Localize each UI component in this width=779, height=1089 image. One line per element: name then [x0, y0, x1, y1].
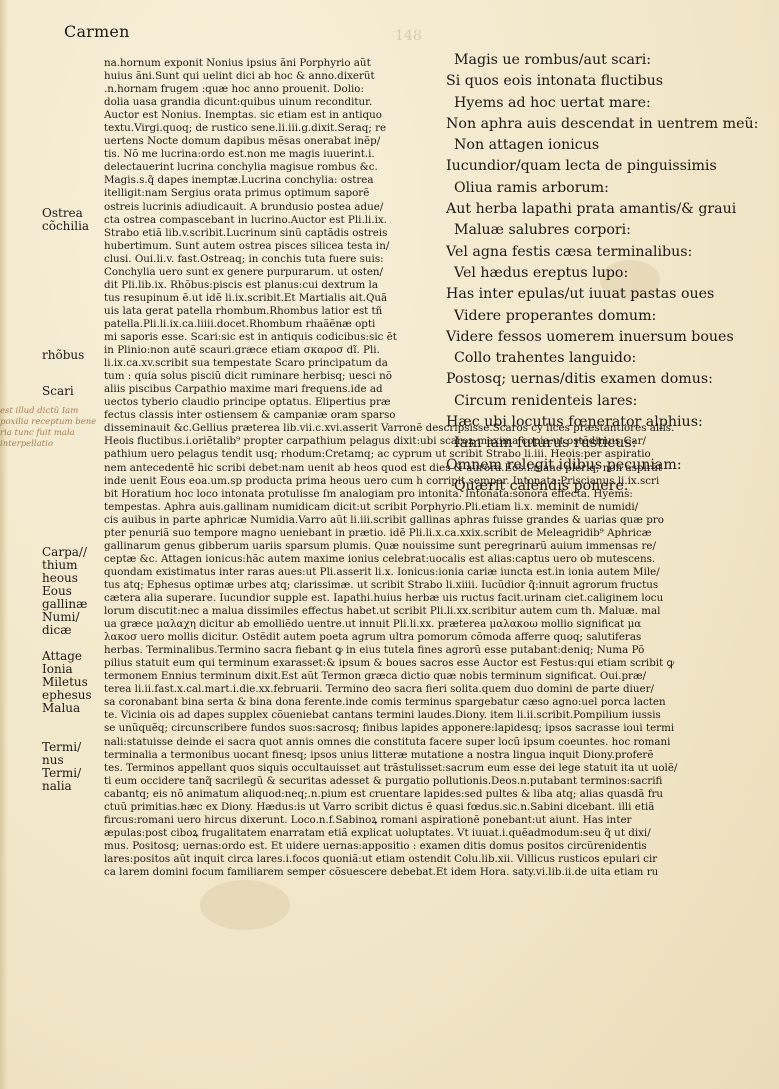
commentary-line: mi saporis esse. Scari:sic est in antiqu… [104, 331, 449, 344]
commentary-line: bit Horatium hoc loco intonata protuliss… [104, 488, 751, 501]
commentary-line: pilius statuit eum qui terminum exarasse… [104, 657, 751, 670]
commentary-line: λακοσ uero mollis dicitur. Ostẽdit autem… [104, 631, 751, 644]
commentary-line: hubertimum. Sunt autem ostrea pisces sil… [104, 240, 449, 253]
commentary-line: ti eum occidere tanq̃ sacrilegũ & securi… [104, 775, 751, 788]
handwritten-line: poxilia receptum bene [0, 417, 100, 428]
commentary-line: lares:positos aũt inquit circa lares.i.f… [104, 853, 751, 866]
commentary-line: ua græce μαλαχη dicitur ab emolliẽdo uen… [104, 618, 751, 631]
commentary-line: textu.Virgi.quoq; de rustico sene.li.iii… [104, 122, 449, 135]
commentary-line: itelligit:nam Sergius orata primus optim… [104, 187, 449, 200]
commentary-line: mus. Positosq; uernas:ordo est. Et uider… [104, 840, 751, 853]
commentary-line: ostreis lucrinis adiudicauit. A brundusi… [104, 201, 449, 214]
commentary-line: terminalia a termonibus uocant finesq; i… [104, 749, 751, 762]
commentary-line: cta ostrea compascebant in lucrino.Aucto… [104, 214, 449, 227]
commentary-line: .n.hornam frugem :quæ hoc anno prouenit.… [104, 83, 449, 96]
commentary-line: Auctor est Nonius. Inemptas. sic etiam e… [104, 109, 449, 122]
commentary-line: pter penuriã suo tempore magno ueniebant… [104, 527, 751, 540]
commentary-line: tum : quia solus pisciũ dicit ruminare h… [104, 370, 449, 383]
commentary-line: fectus classis inter ostiensem & campani… [104, 409, 449, 422]
commentary-line: se unũquẽq; circunscribere fundos suos:s… [104, 722, 751, 735]
handwritten-line: est illud dictũ Iam [0, 406, 100, 417]
commentary-line: aliis piscibus Carpathio maxime mari fre… [104, 383, 449, 396]
handwritten-line: interpellatio [0, 439, 100, 450]
commentary-line: tempestas. Aphra auis.gallinam numidicam… [104, 501, 751, 514]
commentary-line: dit Pli.lib.ix. Rhõbus:piscis est planus… [104, 279, 449, 292]
verse-line: Magis ue rombus/aut scari: [446, 50, 766, 71]
commentary-line: li.ix.ca.xv.scribit sua tempestate Scaro… [104, 357, 449, 370]
paper-stain [200, 880, 290, 930]
commentary-line: te. Vicinia ois ad dapes supplex cõuenie… [104, 709, 751, 722]
commentary-line: dolia uasa grandia dicunt:quibus uinum r… [104, 96, 449, 109]
commentary-line: terea li.ii.fast.x.cal.mart.i.die.xx.feb… [104, 683, 751, 696]
commentary-line: disseminauit &c.Gellius præterea lib.vii… [104, 422, 751, 435]
commentary-line: huius ãni.Sunt qui uelint dici ab hoc & … [104, 70, 449, 83]
commentary-line: lorum discutit:nec a malua dissimiles ef… [104, 605, 751, 618]
running-head: Carmen [64, 22, 130, 41]
commentary-line: cætera alia superare. Iucundior supple e… [104, 592, 751, 605]
commentary-line: nali:statuisse deinde ei sacra quot anni… [104, 736, 751, 749]
verse-line: Postosq; uernas/ditis examen domus: [446, 369, 766, 390]
commentary-line: termonem Ennius terminum dixit.Est aũt T… [104, 670, 751, 683]
commentary-line: Strabo etiã lib.v.scribit.Lucrinum sinũ … [104, 227, 449, 240]
commentary-line: tis. Nõ me lucrina:ordo est.non me magis… [104, 148, 449, 161]
commentary-line: fircus:romani uero hircus dixerunt. Loco… [104, 814, 751, 827]
commentary-full-width: disseminauit &c.Gellius præterea lib.vii… [104, 422, 751, 879]
margin-note: dicæ [42, 624, 72, 637]
verse-line: Videre fessos uomerem inuersum boues [446, 327, 766, 348]
verse-line: Non attagen ionicus [446, 135, 766, 156]
verse-line: Oliua ramis arborum: [446, 178, 766, 199]
margin-note: rhõbus [42, 349, 84, 362]
verse-line: Vel hædus ereptus lupo: [446, 263, 766, 284]
verse-line: Aut herba lapathi prata amantis/& graui [446, 199, 766, 220]
folio-show-through: 148 [395, 28, 422, 44]
commentary-column-upper: na.hornum exponit Nonius ipsius ãni Porp… [104, 57, 449, 422]
verse-line: Vel agna festis cæsa terminalibus: [446, 242, 766, 263]
commentary-line: æpulas:post ciboꝝ frugalitatem enarratam… [104, 827, 751, 840]
commentary-line: pathium uero pelagus tendit usq; rhodum:… [104, 448, 751, 461]
commentary-line: uis lata gerat patella rhombum.Rhombus l… [104, 305, 449, 318]
commentary-line: clusi. Oui.li.v. fast.Ostreaq; in conchi… [104, 253, 449, 266]
verse-line: Non aphra auis descendat in uentrem meũ: [446, 114, 766, 135]
commentary-line: Conchylia uero sunt ex genere purpurarum… [104, 266, 449, 279]
commentary-line: delectauerint lucrina conchylia magisue … [104, 161, 449, 174]
commentary-line: Magis.s.q̃ dapes inemptæ.Lucrina conchyl… [104, 174, 449, 187]
verse-line: Videre properantes domum: [446, 306, 766, 327]
verse-line: Iucundior/quam lecta de pinguissimis [446, 156, 766, 177]
commentary-line: uertens Nocte domum dapibus mẽsas onerab… [104, 135, 449, 148]
commentary-line: cabantq; eis nõ animatum aliquod:neq;.n.… [104, 788, 751, 801]
margin-note: Malua [42, 702, 80, 715]
commentary-line: in Plinio:non autẽ scauri.græce etiam σκ… [104, 344, 449, 357]
margin-note: cõchilia [42, 220, 89, 233]
commentary-line: ca larem domini focum familiarem semper … [104, 866, 751, 879]
commentary-line: tes. Terminos appellant quos siquis occu… [104, 762, 751, 775]
commentary-line: nem antecedentẽ hic scribi debet:nam uen… [104, 462, 751, 475]
verse-line: Has inter epulas/ut iuuat pastas oues [446, 284, 766, 305]
commentary-line: quondam existimatus inter raras aues:ut … [104, 566, 751, 579]
verse-line: Hyems ad hoc uertat mare: [446, 93, 766, 114]
verse-line: Collo trahentes languido: [446, 348, 766, 369]
commentary-line: tus resupinum ẽ.ut idẽ li.ix.scribit.Et … [104, 292, 449, 305]
commentary-line: inde uenit Eous eoa.um.sp producta prima… [104, 475, 751, 488]
page-gutter-shadow [0, 0, 8, 1089]
commentary-line: gallinarum genus gibberum uariis sparsum… [104, 540, 751, 553]
commentary-line: cis auibus in parte aphricæ Numidia.Varr… [104, 514, 751, 527]
commentary-line: patella.Pli.li.ix.ca.liiii.docet.Rhombum… [104, 318, 449, 331]
margin-note: Scari [42, 385, 74, 398]
verse-line: Circum renidenteis lares: [446, 391, 766, 412]
commentary-line: Heois fluctibus.i.oriẽtalib⁹ propter car… [104, 435, 751, 448]
margin-note: nalia [42, 780, 72, 793]
handwritten-line: ria tunc fuit mala [0, 428, 100, 439]
commentary-line: uectos tyberio claudio principe optatus.… [104, 396, 449, 409]
verse-line: Si quos eois intonata fluctibus [446, 71, 766, 92]
handwritten-annotation: est illud dictũ Iampoxilia receptum bene… [0, 406, 100, 450]
commentary-line: sa coronabant bina serta & bina dona fer… [104, 696, 751, 709]
book-page: Carmen 148 na.hornum exponit Nonius ipsi… [0, 0, 779, 1089]
commentary-line: ctuũ primitias.hæc ex Diony. Hædus:is ut… [104, 801, 751, 814]
commentary-line: herbas. Terminalibus.Termino sacra fieba… [104, 644, 751, 657]
commentary-line: ceptæ &c. Attagen ionicus:hãc autem maxi… [104, 553, 751, 566]
commentary-line: na.hornum exponit Nonius ipsius ãni Porp… [104, 57, 449, 70]
commentary-line: tus atq; Ephesus optimæ urbes atq; clari… [104, 579, 751, 592]
verse-line: Maluæ salubres corpori: [446, 220, 766, 241]
